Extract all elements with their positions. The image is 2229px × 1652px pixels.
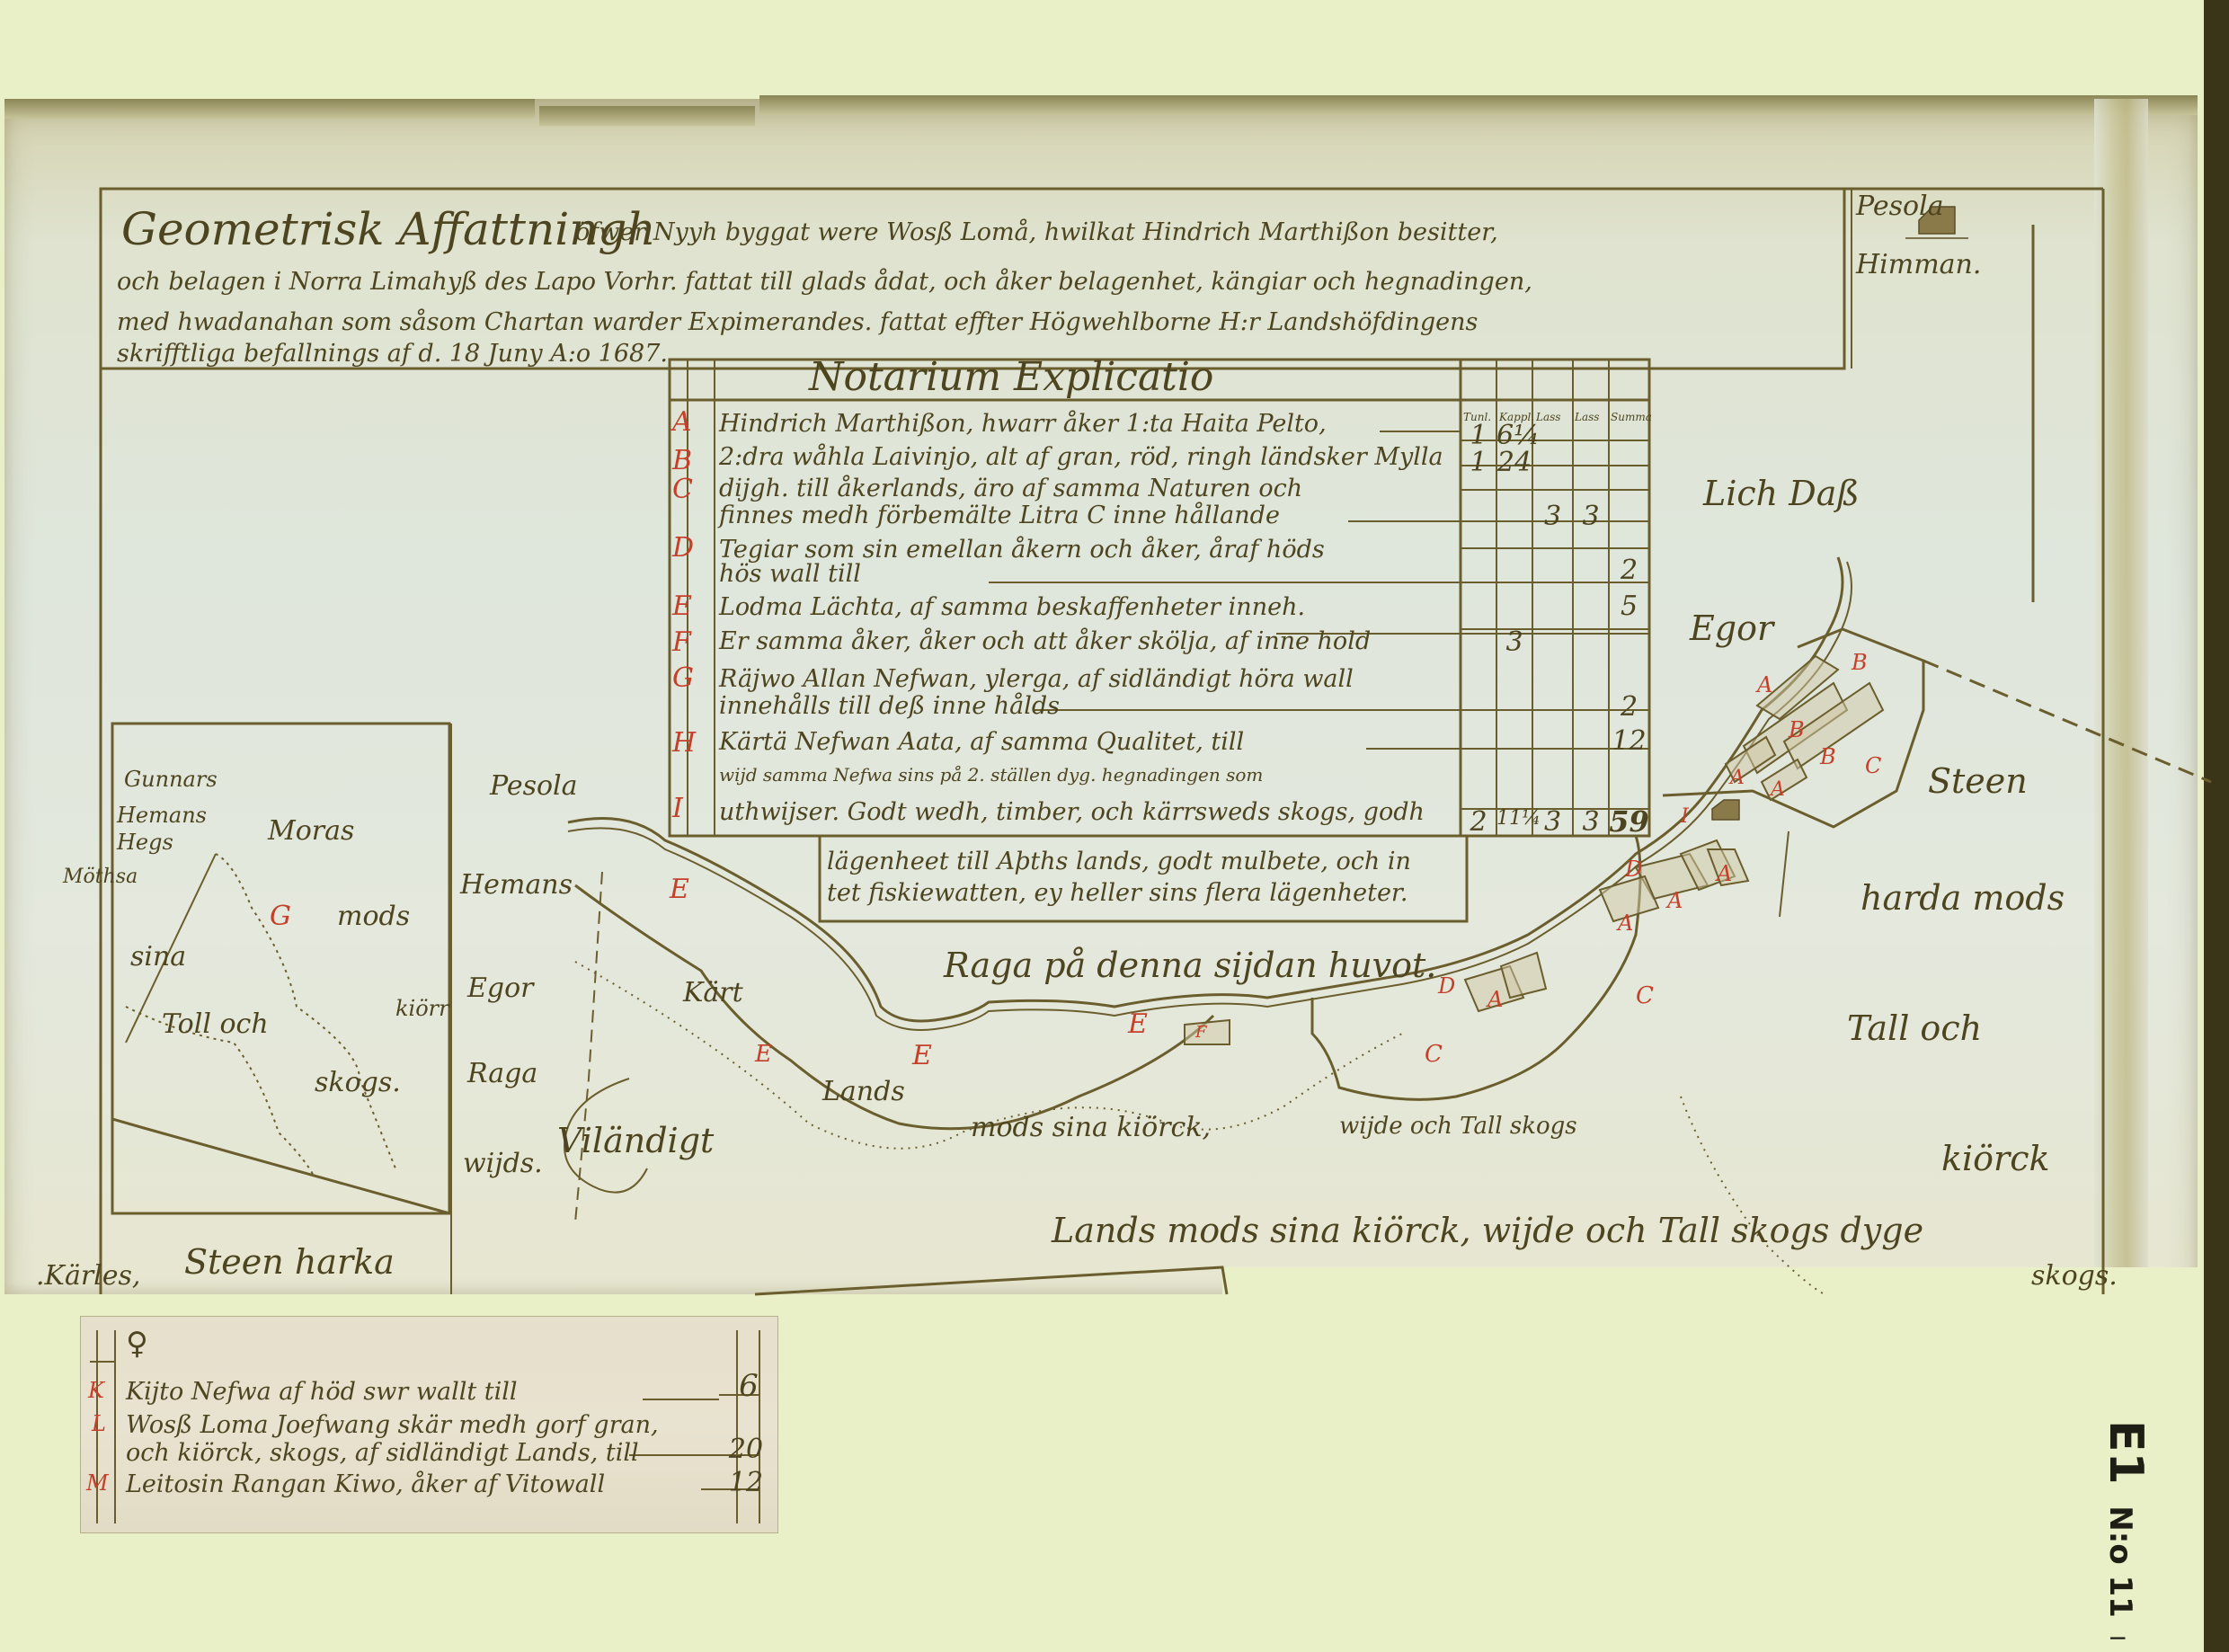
legend-col-header-3: Lass xyxy=(1536,412,1560,422)
legend-row-value: 24 xyxy=(1496,449,1532,476)
map-label-kiorck-right: kiörck xyxy=(1941,1141,2050,1176)
map-parcel-letter: A xyxy=(1618,912,1633,934)
legend-col-header-4: Lass xyxy=(1575,412,1599,422)
map-parcel-letter: D xyxy=(1438,975,1455,997)
map-label-steen: Steen xyxy=(1928,764,2028,798)
map-label-hemans: Hemans xyxy=(117,804,207,826)
corner-label-himman: Himman. xyxy=(1856,252,1981,279)
map-parcel-letter: C xyxy=(1865,755,1881,777)
legend-row-letter: D xyxy=(672,535,694,562)
legend-continuation-line-2: tet fiskiewatten, ey heller sins flera l… xyxy=(827,881,1408,905)
map-label-mods: mods xyxy=(337,903,410,930)
legend-row-text: 2:dra wåhla Laivinjo, alt af gran, röd, … xyxy=(719,445,1443,469)
map-label-wijds: wijds. xyxy=(463,1150,543,1177)
legend-row-letter: A xyxy=(672,409,692,436)
title-line-1: öfwer Nyyh byggat were Wosß Lomå, hwilka… xyxy=(575,220,1498,244)
map-label-kiorr: kiörr xyxy=(395,998,449,1019)
map-label-hegs: Hegs xyxy=(117,831,173,853)
map-label-motesa: Möthsa xyxy=(63,867,138,887)
legend-total-c3: 3 xyxy=(1532,809,1573,836)
legend-row-value: 1 xyxy=(1461,422,1496,449)
legend-row-letter: C xyxy=(672,476,693,503)
legend-row-text: Hindrich Marthißon, hwarr åker 1:ta Hait… xyxy=(719,412,1327,436)
map-label-raga: Raga xyxy=(467,1061,537,1088)
title-line-2: och belagen i Norra Limahyß des Lapo Vor… xyxy=(117,270,1532,294)
legend-total-c5: 59 xyxy=(1609,807,1649,836)
map-parcel-letter: B xyxy=(1852,652,1868,673)
archive-stamp-code: E1 xyxy=(2099,1420,2153,1485)
map-label-toll-och-right: Tall och xyxy=(1847,1011,1982,1045)
legend-row-value: 2 xyxy=(1609,557,1649,584)
legend-row-value: 1 xyxy=(1461,449,1496,476)
map-parcel-letter: B xyxy=(1789,719,1805,741)
map-label-vilandigt: Viländigt xyxy=(557,1124,714,1158)
bottom-legend-text: och kiörck, skogs, af sidländigt Lands, … xyxy=(126,1441,639,1465)
legend-row-text: Tegiar som sin emellan åkern och åker, å… xyxy=(719,537,1325,562)
map-label-egor-mid: Egor xyxy=(467,975,534,1002)
map-parcel-letter: A xyxy=(1717,863,1732,884)
map-parcel-letter: C xyxy=(1636,984,1654,1008)
map-parcel-letter-g: G xyxy=(270,903,291,930)
map-parcel-letter: A xyxy=(1730,768,1745,788)
corner-label-pesola: Pesola xyxy=(1856,193,1944,220)
legend-continuation-line-1: lägenheet till Aþths lands, godt mulbete… xyxy=(827,849,1411,874)
legend-row-letter: I xyxy=(672,795,683,822)
legend-row-text: wijd samma Nefwa sins på 2. ställen dyg.… xyxy=(719,766,1263,784)
legend-row-text: dijgh. till åkerlands, äro af samma Natu… xyxy=(719,476,1302,501)
bottom-legend-text: Leitosin Rangan Kiwo, åker af Vitowall xyxy=(126,1472,605,1497)
legend-row-letter: G xyxy=(672,665,694,692)
map-label-karles: .Kärles, xyxy=(36,1263,140,1290)
map-label-toll-och: Toll och xyxy=(162,1011,269,1038)
map-parcel-letter: B xyxy=(1820,746,1836,768)
map-label-mods-sina-kiorck: mods sina kiörck, xyxy=(971,1115,1211,1141)
map-label-wijde-tall-skogs: wijde och Tall skogs xyxy=(1339,1115,1577,1138)
map-label-hemans-mid: Hemans xyxy=(460,872,573,899)
legend-row-value: 3 xyxy=(1496,629,1532,656)
map-parcel-letter-f: F xyxy=(1195,1025,1207,1041)
map-parcel-letter: C xyxy=(1425,1043,1443,1066)
legend-row-value: 12 xyxy=(1609,728,1649,755)
legend-row-letter: H xyxy=(672,730,696,757)
archive-stamp: E1 N:o 11 I xyxy=(2099,1420,2153,1483)
legend-total-c1: 2 xyxy=(1461,809,1496,836)
bottom-legend-letter: M xyxy=(86,1472,109,1494)
legend-row-value: 2 xyxy=(1609,694,1649,721)
map-parcel-letter-e2: E xyxy=(912,1043,932,1070)
map-parcel-letter-e: E xyxy=(670,876,689,903)
map-label-lich-dass: Lich Daß xyxy=(1703,476,1860,511)
legend-row-text: uthwijser. Godt wedh, timber, och kärrsw… xyxy=(719,800,1425,824)
map-label-kart: Kärt xyxy=(683,980,743,1007)
bottom-legend-value: 20 xyxy=(728,1436,764,1463)
map-parcel-letter: A xyxy=(1667,890,1683,911)
legend-row-letter: B xyxy=(672,448,692,475)
map-label-pesola-left: Pesola xyxy=(490,773,578,800)
map-label-egor-right: Egor xyxy=(1690,611,1773,645)
title-line-4: skrifftliga befallnings af d. 18 Juny A:… xyxy=(117,342,668,366)
map-label-sina: sina xyxy=(130,944,186,971)
legend-row-text: innehålls till deß inne hålds xyxy=(719,694,1060,718)
bottom-legend-symbol: ♀ xyxy=(126,1328,148,1359)
bottom-legend-text: Kijto Nefwa af höd swr wallt till xyxy=(126,1380,518,1404)
map-parcel-letter: D xyxy=(1625,858,1626,859)
bottom-legend-letter: L xyxy=(92,1413,106,1434)
map-parcel-letter: D xyxy=(1625,858,1642,880)
legend-total-c2: 11¼ xyxy=(1496,809,1532,829)
legend-row-value: 3 xyxy=(1532,503,1573,530)
legend-row-value: 3 xyxy=(1573,503,1609,530)
legend-row-letter: F xyxy=(672,629,691,656)
map-label-skogs-right: skogs. xyxy=(2031,1263,2118,1290)
legend-row-value: 5 xyxy=(1609,593,1649,620)
legend-row-text: Kärtä Nefwan Aata, af samma Qualitet, ti… xyxy=(719,730,1244,754)
map-parcel-letter: A xyxy=(1487,989,1503,1010)
map-parcel-letter-e3: E xyxy=(1128,1011,1148,1038)
legend-row-text: Er samma åker, åker och att åker skölja,… xyxy=(719,629,1371,653)
legend-title: Notarium Explicatio xyxy=(809,358,1213,397)
archive-stamp-part: I xyxy=(2105,1635,2127,1641)
bottom-legend-value: 12 xyxy=(728,1470,764,1497)
map-label-harda-mods: harda mods xyxy=(1860,881,2065,915)
bottom-legend-letter: K xyxy=(88,1380,104,1401)
map-label-skogs-left: skogs. xyxy=(315,1070,401,1097)
map-parcel-letter: A xyxy=(1757,674,1772,696)
legend-row-text: Räjwo Allan Nefwan, ylerga, af sidländig… xyxy=(719,667,1354,691)
legend-row-value: 6¼ xyxy=(1496,422,1532,449)
map-label-steen-harka: Steen harka xyxy=(184,1245,395,1279)
legend-row-text: Lodma Lächta, af samma beskaffenheter in… xyxy=(719,595,1305,619)
legend-col-header-5: Summa xyxy=(1611,412,1652,422)
map-label-moras: Moras xyxy=(268,818,354,845)
map-parcel-letter: I xyxy=(1681,807,1689,827)
legend-row-text: finnes medh förbemälte Litra C inne håll… xyxy=(719,503,1280,528)
map-parcel-letter: A xyxy=(1771,780,1785,800)
title-line-3: med hwadanahan som såsom Chartan warder … xyxy=(117,310,1478,334)
map-label-lands: Lands xyxy=(822,1079,905,1106)
legend-row-text: hös wall till xyxy=(719,562,861,586)
bottom-legend-text: Wosß Loma Joefwang skär medh gorf gran, xyxy=(126,1413,659,1437)
map-label-raga-pa-denna: Raga på denna sijdan huvot. xyxy=(944,948,1436,982)
legend-total-c4: 3 xyxy=(1573,809,1609,836)
map-label-lands-long: Lands mods sina kiörck, wijde och Tall s… xyxy=(1052,1213,1923,1248)
map-label-gunnars: Gunnars xyxy=(124,768,218,790)
bottom-legend-value: 6 xyxy=(735,1371,762,1401)
map-parcel-letter: E xyxy=(755,1043,772,1066)
legend-row-letter: E xyxy=(672,593,692,620)
archive-stamp-number: N:o 11 xyxy=(2102,1505,2138,1618)
